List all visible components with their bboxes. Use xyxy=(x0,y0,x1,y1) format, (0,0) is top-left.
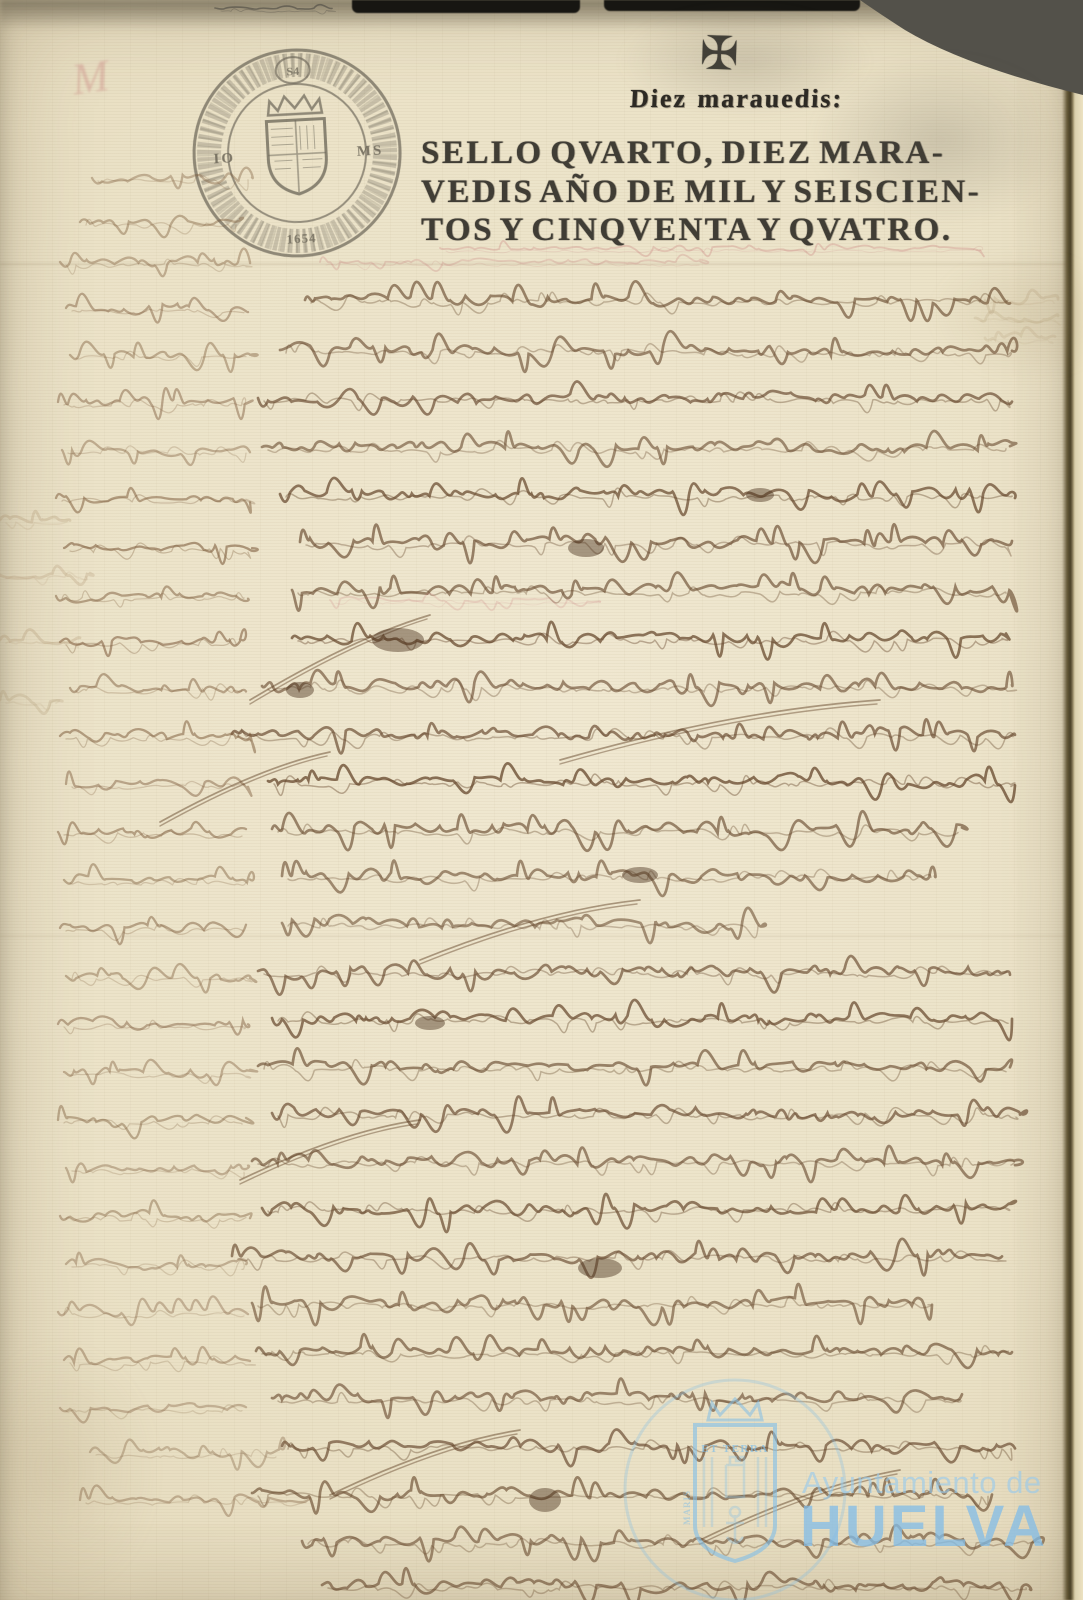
manuscript-line xyxy=(305,281,1010,321)
manuscript-line xyxy=(280,331,1017,372)
top-edge-mark xyxy=(221,9,336,14)
bleedthrough-line xyxy=(0,511,70,522)
manuscript-line xyxy=(232,719,1015,753)
margin-note-line xyxy=(64,543,258,564)
manuscript-line xyxy=(286,343,1011,364)
ink-blot xyxy=(529,1488,561,1512)
manuscript-line xyxy=(268,763,1015,802)
ink-blot xyxy=(372,628,424,652)
watermark-anchor-icon xyxy=(726,1507,744,1543)
watermark-city-name: HUELVA xyxy=(800,1493,1048,1560)
margin-note-line xyxy=(60,629,246,656)
scanned-document-page: { "stamp_header": { "cross": "✠", "fee_l… xyxy=(0,0,1083,1600)
margin-note-line xyxy=(58,1016,249,1034)
margin-note-line xyxy=(76,684,242,700)
watermark: ET TERRA MARIS Ayuntamiento de HUELVA xyxy=(600,1365,1070,1600)
margin-note-line xyxy=(68,446,246,462)
red-offset-line xyxy=(320,255,708,272)
margin-note-line xyxy=(58,1296,248,1325)
manuscript-line xyxy=(268,680,1016,701)
ink-blot xyxy=(415,1016,445,1030)
manuscript-line xyxy=(272,1000,1012,1040)
pen-flourish xyxy=(240,1124,417,1184)
bleedthrough-line xyxy=(981,319,1060,325)
manuscript-line xyxy=(258,1297,931,1317)
manuscript-line xyxy=(258,956,1010,995)
margin-note-line xyxy=(66,924,243,940)
red-offset-line xyxy=(440,241,984,256)
handwriting-layer xyxy=(0,0,1083,1600)
ink-blot xyxy=(286,682,314,698)
ink-blot xyxy=(578,1258,622,1278)
margin-note-line xyxy=(66,1253,247,1270)
ink-blot xyxy=(746,488,774,502)
margin-note-line xyxy=(80,1485,310,1515)
watermark-side-text: MARIS xyxy=(682,1490,692,1525)
pen-flourish xyxy=(420,904,637,964)
manuscript-line xyxy=(262,1194,1016,1232)
margin-note-line xyxy=(92,168,253,189)
watermark-castle-icon xyxy=(726,1457,744,1497)
watermark-crown-icon xyxy=(708,1399,762,1420)
bleedthrough-line xyxy=(6,521,68,529)
margin-note-line xyxy=(70,878,246,886)
manuscript-line xyxy=(272,811,967,850)
red-offset-mark: M xyxy=(69,50,112,106)
pen-flourish xyxy=(160,756,327,826)
margin-note-line xyxy=(56,587,249,603)
margin-note-line xyxy=(66,294,248,323)
top-edge-mark xyxy=(215,5,332,9)
margin-note-line xyxy=(70,342,258,372)
margin-note-line xyxy=(72,309,244,317)
manuscript-line xyxy=(264,392,1010,413)
margin-note-line xyxy=(66,964,256,992)
margin-note-line xyxy=(60,249,250,277)
pen-flourish xyxy=(330,1434,517,1499)
margin-note-line xyxy=(58,822,246,844)
manuscript-line xyxy=(286,488,1012,508)
margin-note-line xyxy=(66,771,251,795)
watermark-band-text: ET TERRA xyxy=(701,1443,769,1455)
manuscript-line xyxy=(282,861,936,896)
ink-blot xyxy=(622,867,658,883)
margin-note-line xyxy=(60,721,255,752)
margin-note-line xyxy=(64,1060,257,1085)
margin-note-line xyxy=(58,388,253,419)
ink-blot xyxy=(568,539,604,557)
margin-note-line xyxy=(60,1403,246,1422)
margin-note-line xyxy=(90,1438,285,1470)
bleedthrough-line xyxy=(985,327,1055,340)
